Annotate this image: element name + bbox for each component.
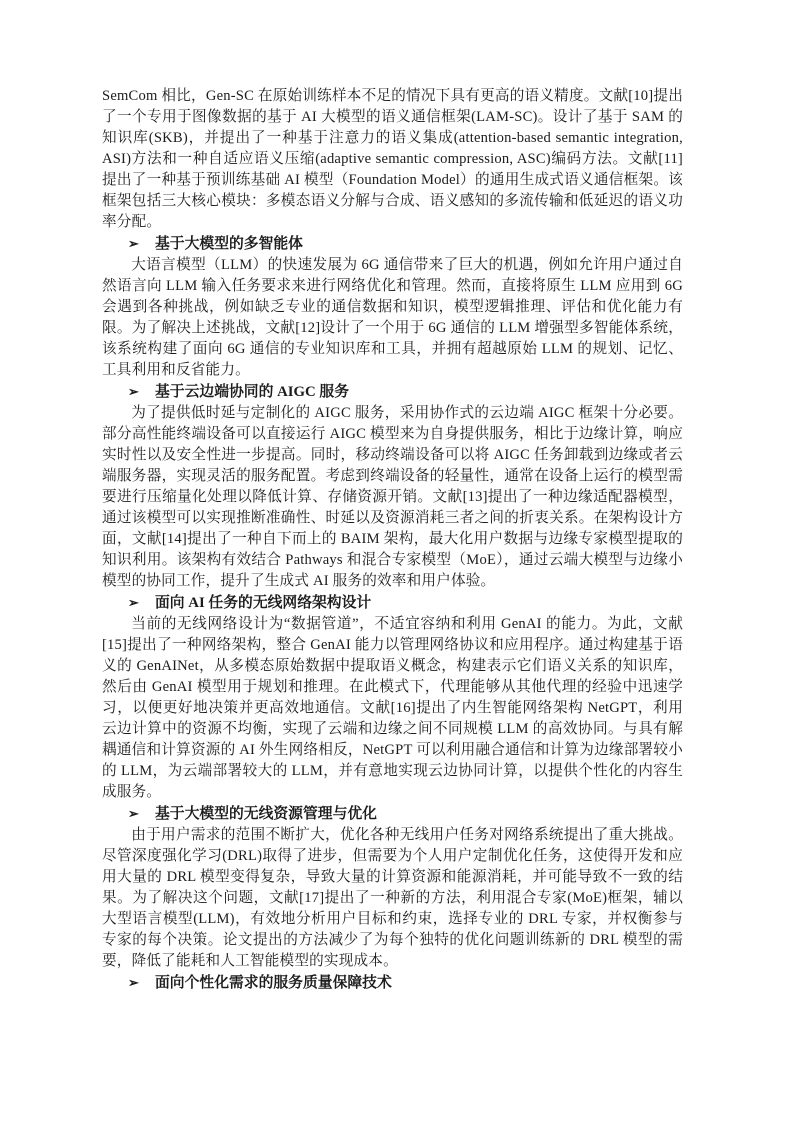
section-heading: ➢基于大模型的多智能体 bbox=[102, 233, 683, 255]
document-page: SemCom 相比，Gen-SC 在原始训练样本不足的情况下具有更高的语义精度。… bbox=[0, 0, 794, 1123]
section-heading-label: 基于云边端协同的 AIGC 服务 bbox=[155, 384, 349, 400]
section-heading: ➢面向 AI 任务的无线网络架构设计 bbox=[102, 592, 683, 614]
arrow-bullet-icon: ➢ bbox=[128, 592, 155, 613]
arrow-bullet-icon: ➢ bbox=[128, 972, 155, 993]
section-heading-label: 面向个性化需求的服务质量保障技术 bbox=[155, 975, 392, 991]
arrow-bullet-icon: ➢ bbox=[128, 381, 155, 402]
body-paragraph: 由于用户需求的范围不断扩大，优化各种无线用户任务对网络系统提出了重大挑战。尽管深… bbox=[102, 825, 683, 972]
body-paragraph: 大语言模型（LLM）的快速发展为 6G 通信带来了巨大的机遇，例如允许用户通过自… bbox=[102, 255, 683, 381]
document-body: SemCom 相比，Gen-SC 在原始训练样本不足的情况下具有更高的语义精度。… bbox=[102, 86, 683, 994]
arrow-bullet-icon: ➢ bbox=[128, 233, 155, 254]
section-heading-label: 面向 AI 任务的无线网络架构设计 bbox=[155, 595, 371, 611]
section-heading: ➢面向个性化需求的服务质量保障技术 bbox=[102, 972, 683, 994]
section-heading-label: 基于大模型的多智能体 bbox=[155, 236, 303, 252]
section-heading: ➢基于大模型的无线资源管理与优化 bbox=[102, 803, 683, 825]
body-paragraph: 为了提供低时延与定制化的 AIGC 服务，采用协作式的云边端 AIGC 框架十分… bbox=[102, 403, 683, 592]
section-heading-label: 基于大模型的无线资源管理与优化 bbox=[155, 806, 377, 822]
body-paragraph: SemCom 相比，Gen-SC 在原始训练样本不足的情况下具有更高的语义精度。… bbox=[102, 86, 683, 233]
body-paragraph: 当前的无线网络设计为“数据管道”，不适宜容纳和利用 GenAI 的能力。为此，文… bbox=[102, 614, 683, 803]
arrow-bullet-icon: ➢ bbox=[128, 803, 155, 824]
section-heading: ➢基于云边端协同的 AIGC 服务 bbox=[102, 381, 683, 403]
